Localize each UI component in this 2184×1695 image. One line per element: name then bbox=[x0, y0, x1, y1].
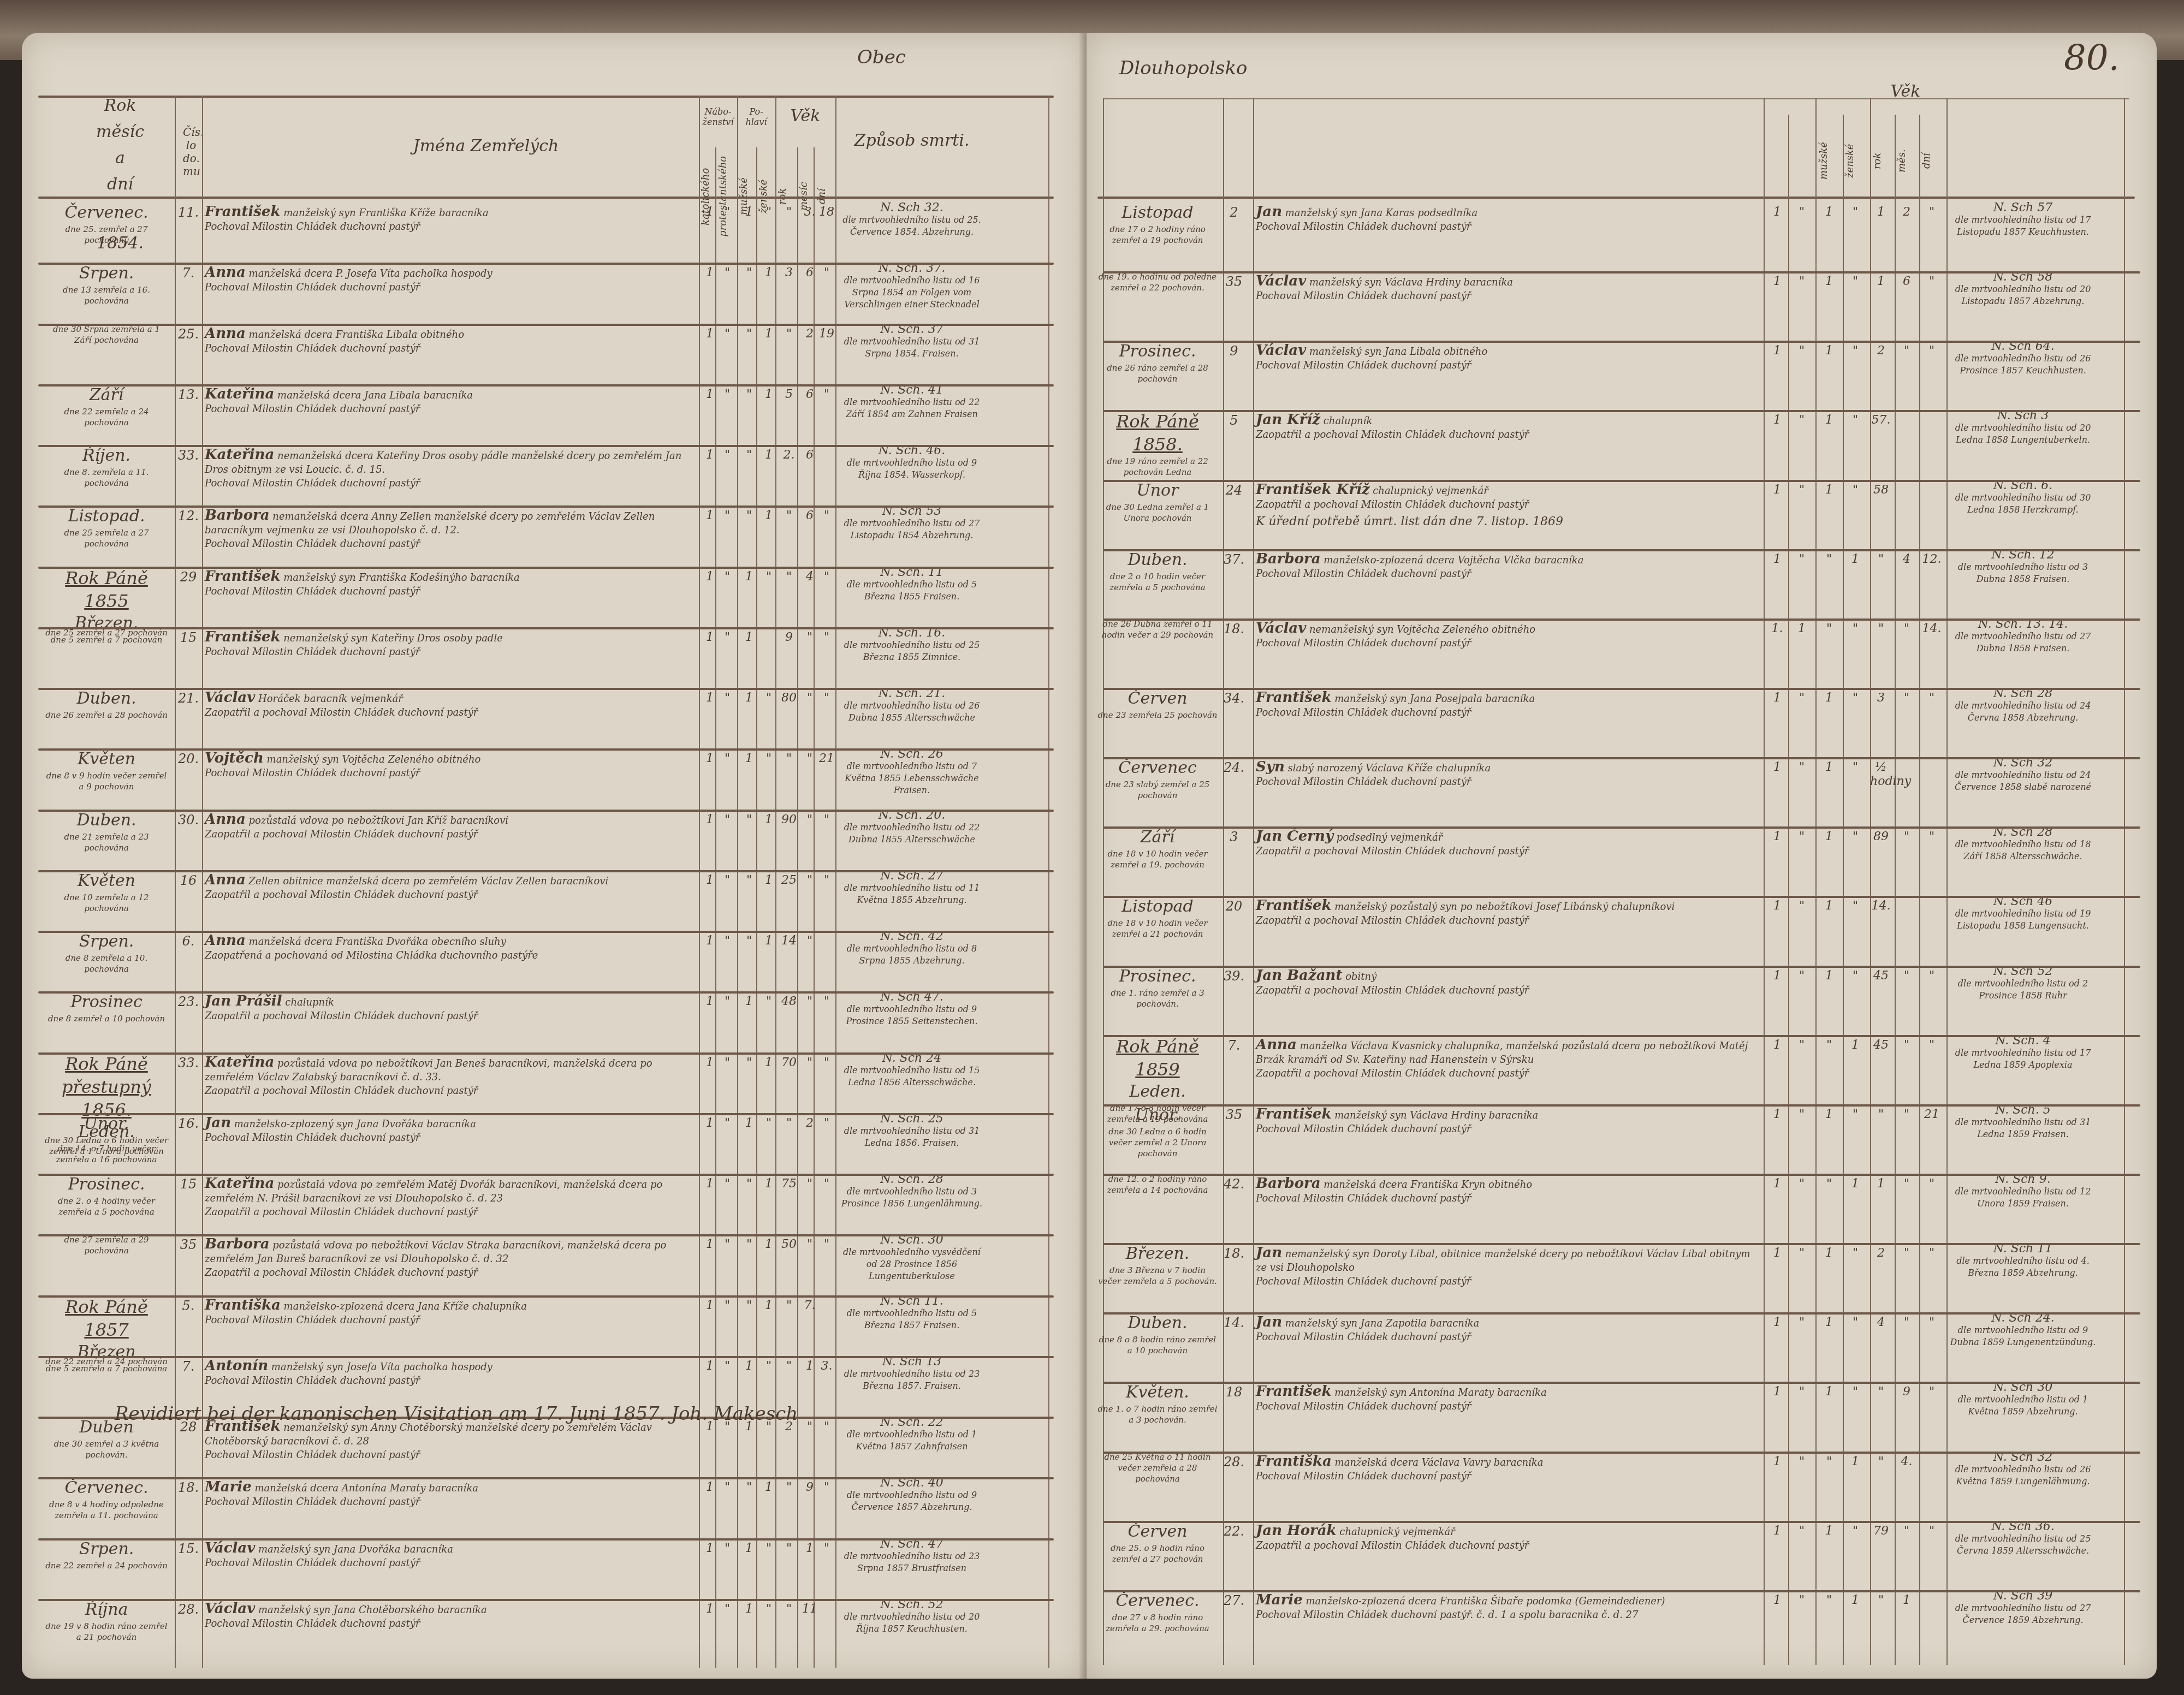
entry-separator bbox=[1103, 896, 2140, 898]
entry-date-cell: Říjnadne 19 v 8 hodin ráno zemřel a 21 p… bbox=[44, 1599, 169, 1643]
entry-house-number: 16 bbox=[175, 873, 202, 888]
entry-name-cell: Anna Zellen obitnice manželská dcera po … bbox=[205, 873, 696, 902]
register-entry: Květen.dne 1. o 7 hodin ráno zemřel a 3 … bbox=[1097, 1382, 2124, 1451]
entry-count-cell: 3 bbox=[1870, 691, 1892, 705]
entry-house-number: 20. bbox=[175, 752, 202, 766]
entry-count-cell: " bbox=[816, 631, 838, 645]
entry-name-lead: Barbora bbox=[1256, 1175, 1321, 1192]
register-entry: Rok Páně 1858.dne 19 ráno zemřel a 22 po… bbox=[1097, 410, 2124, 479]
entry-date-text: dne 1. ráno zemřel a 3 pochován. bbox=[1097, 988, 1218, 1009]
entry-cause-cell: N. Sch 39dle mrtvoohledního listu od 27 … bbox=[1949, 1590, 2097, 1626]
entry-count-cell: 1 bbox=[1766, 899, 1788, 913]
entry-name-text: manželský syn Jana Posejpala baracníka bbox=[1334, 693, 1535, 705]
entry-name-text: manželský syn Václava Hrdiny baracníka bbox=[1309, 277, 1513, 288]
entry-count-cell: " bbox=[816, 570, 838, 584]
entry-name-cell: František nemanželský syn Anny Chotěbors… bbox=[205, 1420, 696, 1462]
entry-name-cell: Václav manželský syn Jana Chotěborského … bbox=[205, 1602, 696, 1631]
entry-house-number: 18. bbox=[175, 1480, 202, 1495]
entry-house-number: 27. bbox=[1220, 1593, 1248, 1608]
entry-count-cell: 4 bbox=[1870, 1316, 1892, 1330]
entry-date-cell: Prosinec.dne 26 ráno zemřel a 28 pochová… bbox=[1097, 341, 1218, 384]
entry-name-text: manželská dcera Václava Vavry baracníka bbox=[1335, 1457, 1544, 1468]
entry-month: Listopad bbox=[1097, 896, 1218, 918]
entry-count-cell: 6 bbox=[799, 448, 821, 462]
entry-cause-text: dle mrtvoohledního listu od 23 Srpna 185… bbox=[844, 1551, 980, 1573]
entry-year-heading: Rok Páně přestupný 1856. bbox=[44, 1052, 169, 1121]
entry-cause-text: dle mrtvoohledního listu od 2 Prosince 1… bbox=[1958, 978, 2088, 1001]
entry-count-cell: 1 bbox=[1818, 1246, 1840, 1260]
entry-burial-text: Pochoval Milostin Chládek duchovní pastý… bbox=[205, 1495, 696, 1509]
entry-cause-cell: N. Sch. 30dle mrtvoohledního vysvědčení … bbox=[838, 1234, 986, 1282]
entry-date-text: dne 19. o hodinu od poledne zemřel a 22 … bbox=[1097, 271, 1218, 293]
entry-date-text: dne 8. zemřela a 11. pochována bbox=[44, 467, 169, 489]
entry-extra-note: K úřední potřebě úmrt. list dán dne 7. l… bbox=[1256, 515, 1764, 528]
entry-count-cell: 12. bbox=[1921, 552, 1943, 567]
entry-cause-text: dle mrtvoohledního listu od 26 Prosince … bbox=[1955, 353, 2091, 376]
entry-count-cell: " bbox=[1791, 205, 1813, 219]
entry-name-lead: František bbox=[1256, 897, 1332, 914]
entry-count-cell: 1 bbox=[1818, 205, 1840, 219]
entry-cause-cell: N. Sch. 25dle mrtvoohledního listu od 31… bbox=[838, 1113, 986, 1149]
entry-separator bbox=[38, 1356, 1054, 1358]
register-entry: Červendne 25. o 9 hodin ráno zemřel a 27… bbox=[1097, 1521, 2124, 1590]
register-entry: dne 26 Dubna zemřel o 11 hodin večer a 2… bbox=[1097, 618, 2124, 688]
entry-cause-cell: N. Sch 36.dle mrtvoohledního listu od 25… bbox=[1949, 1521, 2097, 1557]
entry-month: Unor. bbox=[44, 1113, 169, 1135]
entry-month: Prosinec. bbox=[1097, 341, 1218, 362]
entry-month: Prosinec bbox=[44, 991, 169, 1013]
entry-date-cell: Listopad.dne 25 zemřela a 27 pochována bbox=[44, 505, 169, 549]
subcolumn-header: dní bbox=[1921, 120, 1936, 202]
entry-date-text: dne 1. o 7 hodin ráno zemřel a 3 pochová… bbox=[1097, 1403, 1218, 1425]
entry-count-cell: 19 bbox=[816, 327, 838, 341]
entry-count-cell: " bbox=[778, 1602, 800, 1616]
entry-count-cell: " bbox=[1791, 275, 1813, 289]
entry-house-number: 16. bbox=[175, 1116, 202, 1131]
register-entry: Prosinec.dne 26 ráno zemřel a 28 pochová… bbox=[1097, 341, 2124, 410]
entry-name-text: chalupník bbox=[1324, 415, 1373, 427]
entry-name-cell: Barbora manželsko-zplozená dcera Vojtěch… bbox=[1256, 552, 1764, 581]
entry-cause-cell: N. Sch 24.dle mrtvoohledního listu od 9 … bbox=[1949, 1312, 2097, 1348]
entry-count-cell: 1 bbox=[758, 266, 780, 280]
entry-count-cell: " bbox=[738, 1299, 760, 1313]
entry-count-cell: " bbox=[816, 1238, 838, 1252]
entry-month: Duben. bbox=[1097, 1312, 1218, 1334]
entry-date-text: dne 8 zemřel a 10 pochován bbox=[44, 1013, 169, 1024]
entry-cause-text: dle mrtvoohledního listu od 17 Listopadu… bbox=[1955, 215, 2091, 237]
entry-count-cell: 14. bbox=[1921, 622, 1943, 636]
entry-month: Září bbox=[44, 384, 169, 406]
entry-count-cell: " bbox=[716, 448, 738, 462]
entry-house-number: 11. bbox=[175, 205, 202, 219]
entry-month: Červenec. bbox=[1097, 1590, 1218, 1612]
entry-name-cell: František manželský pozůstalý syn po neb… bbox=[1256, 899, 1764, 927]
entry-date-text: dne 26 ráno zemřel a 28 pochován bbox=[1097, 362, 1218, 384]
register-entry: Červenecdne 23 slabý zemřel a 25 pochová… bbox=[1097, 757, 2124, 826]
entry-count-cell: 70 bbox=[778, 1056, 800, 1070]
entry-count-cell: 1 bbox=[1818, 1524, 1840, 1538]
entry-count-cell: " bbox=[1896, 1038, 1918, 1052]
entry-date-text: dne 2. o 4 hodiny večer zemřela a 5 poch… bbox=[44, 1196, 169, 1217]
entry-name-text: manželský pozůstalý syn po nebožtíkovi J… bbox=[1334, 901, 1675, 913]
entry-burial-text: Pochoval Milostin Chládek duchovní pastý… bbox=[205, 220, 696, 234]
entry-date-cell: Březen.dne 3 Března v 7 hodin večer zemř… bbox=[1097, 1243, 1218, 1287]
entry-name-cell: Kateřina manželská dcera Jana Libala bar… bbox=[205, 388, 696, 416]
entry-count-cell: 4. bbox=[1896, 1455, 1918, 1469]
entry-date-cell: Říjen.dne 8. zemřela a 11. pochována bbox=[44, 445, 169, 489]
entry-house-number: 30. bbox=[175, 813, 202, 827]
entry-name-text: manželský syn Vojtěcha Zeleného obitného bbox=[267, 754, 481, 765]
entry-separator bbox=[1103, 618, 2140, 621]
entry-count-cell: " bbox=[738, 934, 760, 948]
entry-count-cell: " bbox=[1844, 899, 1866, 913]
entry-date-text: dne 3 Března v 7 hodin večer zemřela a 5… bbox=[1097, 1265, 1218, 1287]
entry-burial-text: Pochoval Milostin Chládek duchovní pastý… bbox=[1256, 1400, 1764, 1413]
entry-count-cell: 1 bbox=[1870, 275, 1892, 289]
entry-name-cell: Kateřina pozůstalá vdova po zemřelém Mat… bbox=[205, 1177, 696, 1219]
entry-count-cell: " bbox=[1921, 1246, 1943, 1260]
entry-count-cell: " bbox=[1818, 552, 1840, 567]
entry-count-cell: 1 bbox=[1896, 1593, 1918, 1608]
entry-count-cell: 1 bbox=[1818, 899, 1840, 913]
entry-cause-cell: N. Sch. 27dle mrtvoohledního listu od 11… bbox=[838, 870, 986, 906]
entry-count-cell: 1 bbox=[758, 388, 780, 402]
entry-count-cell: 1 bbox=[1818, 1108, 1840, 1122]
entry-house-number: 15. bbox=[175, 1542, 202, 1556]
entry-count-cell: 45 bbox=[1870, 969, 1892, 983]
entry-count-cell: " bbox=[1791, 1316, 1813, 1330]
entry-count-cell: " bbox=[1844, 483, 1866, 497]
house-number-column-header: Čís. lo do. mu bbox=[183, 126, 199, 178]
entry-date-text: dne 25 Května o 11 hodin večer zemřela a… bbox=[1097, 1452, 1218, 1484]
entry-count-cell: " bbox=[1921, 1524, 1943, 1538]
entry-separator bbox=[38, 1477, 1054, 1479]
entry-burial-text: Pochoval Milostin Chládek duchovní pastý… bbox=[1256, 1330, 1764, 1344]
entry-count-cell: " bbox=[1844, 969, 1866, 983]
entry-name-text: nemanželská dcera Anny Zellen manželské … bbox=[205, 511, 655, 536]
entry-name-cell: Václav manželský syn Jana Libala obitnéh… bbox=[1256, 344, 1764, 372]
entry-separator bbox=[1103, 410, 2140, 412]
entry-name-text: nemanželský syn Vojtěcha Zeleného obitné… bbox=[1309, 624, 1535, 635]
entry-count-cell: 25 bbox=[778, 873, 800, 888]
entry-separator bbox=[1103, 757, 2140, 759]
entry-count-cell: " bbox=[1791, 1455, 1813, 1469]
entry-separator bbox=[38, 1538, 1054, 1541]
entry-cause-cell: N. Sch. 26dle mrtvoohledního listu od 7 … bbox=[838, 748, 986, 796]
entry-date-cell: dne 12. o 2 hodiny ráno zemřela a 14 poc… bbox=[1097, 1174, 1218, 1196]
entry-burial-text: Pochoval Milostin Chládek duchovní pastý… bbox=[1256, 1608, 1764, 1622]
entry-separator bbox=[1103, 1452, 2140, 1454]
entry-month: Květen. bbox=[1097, 1382, 1218, 1403]
entry-cause-number: N. Sch 32. bbox=[838, 202, 986, 214]
entry-name-text: manželsko-zplozená dcera Františka Šibař… bbox=[1305, 1596, 1665, 1607]
entry-count-cell: " bbox=[1791, 1593, 1813, 1608]
entry-name-lead: Antonín bbox=[205, 1358, 268, 1374]
entry-count-cell: " bbox=[758, 691, 780, 705]
entry-count-cell: " bbox=[1844, 344, 1866, 358]
entry-count-cell: " bbox=[716, 995, 738, 1009]
entry-separator bbox=[38, 870, 1054, 872]
entry-date-text: dne 17 o 2 hodiny ráno zemřel a 19 pocho… bbox=[1097, 224, 1218, 246]
entry-separator bbox=[38, 627, 1054, 629]
entry-house-number: 34. bbox=[1220, 691, 1248, 705]
entry-date-cell: Duben.dne 26 zemřel a 28 pochován bbox=[44, 688, 169, 721]
entry-count-cell: " bbox=[716, 1056, 738, 1070]
register-entry: dne 25 Května o 11 hodin večer zemřela a… bbox=[1097, 1452, 2124, 1521]
entry-date-cell: Červendne 25. o 9 hodin ráno zemřel a 27… bbox=[1097, 1521, 1218, 1565]
entry-count-cell: 50 bbox=[778, 1238, 800, 1252]
entry-cause-cell: N. Sch. 20.dle mrtvoohledního listu od 2… bbox=[838, 810, 986, 846]
entry-name-cell: František nemanželský syn Kateřiny Dros … bbox=[205, 631, 696, 659]
entry-house-number: 35 bbox=[1220, 1108, 1248, 1122]
entry-name-text: manželská dcera Františka Libala obitnéh… bbox=[249, 329, 464, 341]
entry-name-text: manželský syn Františka Kodešinýho barac… bbox=[283, 572, 520, 584]
entry-name-cell: František manželský syn Václava Hrdiny b… bbox=[1256, 1108, 1764, 1136]
entry-cause-cell: N. Sch 13dle mrtvoohledního listu od 23 … bbox=[838, 1356, 986, 1392]
entry-count-cell: 75 bbox=[778, 1177, 800, 1191]
entry-burial-text: Pochoval Milostin Chládek duchovní pastý… bbox=[1256, 1275, 1764, 1288]
entry-name-lead: František bbox=[205, 204, 281, 220]
entry-count-cell: " bbox=[738, 448, 760, 462]
entry-separator bbox=[38, 505, 1054, 508]
entry-count-cell: " bbox=[1870, 622, 1892, 636]
entry-count-cell: 1 bbox=[758, 813, 780, 827]
entry-date-text: dne 23 zemřela 25 pochován bbox=[1097, 710, 1218, 721]
entry-count-cell: 1 bbox=[738, 691, 760, 705]
entry-count-cell: 9 bbox=[1896, 1385, 1918, 1399]
entry-month: Srpen. bbox=[44, 1538, 169, 1560]
entry-burial-text: Pochoval Milostin Chládek duchovní pastý… bbox=[205, 1617, 696, 1631]
entry-count-cell: " bbox=[758, 570, 780, 584]
entry-name-cell: Antonín manželský syn Josefa Víta pachol… bbox=[205, 1359, 696, 1388]
entry-separator bbox=[1103, 1590, 2140, 1592]
entry-name-cell: Jan Kříž chalupníkZaopatřil a pochoval M… bbox=[1256, 413, 1764, 442]
entry-count-cell: 79 bbox=[1870, 1524, 1892, 1538]
entry-count-cell: 1 bbox=[1818, 344, 1840, 358]
entry-house-number: 2 bbox=[1220, 205, 1248, 219]
entry-count-cell: 1 bbox=[1766, 969, 1788, 983]
entry-burial-text: Zaopatřil a pochoval Milostin Chládek du… bbox=[205, 1205, 696, 1219]
register-entry: dne 30 Srpna zemřela a 1 Září pochována2… bbox=[44, 324, 1048, 384]
entry-house-number: 7. bbox=[175, 1359, 202, 1373]
entry-date-cell: Duben.dne 21 zemřela a 23 pochována bbox=[44, 810, 169, 853]
entry-count-cell: " bbox=[716, 1238, 738, 1252]
entry-house-number: 15 bbox=[175, 631, 202, 645]
entry-count-cell: " bbox=[816, 995, 838, 1009]
entry-count-cell: " bbox=[716, 873, 738, 888]
entry-name-cell: František manželský syn Františka Kodeši… bbox=[205, 570, 696, 598]
header-top-rule bbox=[1103, 98, 2129, 99]
entry-count-cell: " bbox=[1844, 205, 1866, 219]
entry-separator bbox=[1103, 271, 2140, 273]
entry-name-text: slabý narozený Václava Kříže chalupníka bbox=[1288, 763, 1491, 774]
entry-cause-text: dle mrtvoohledního listu od 27 Července … bbox=[1955, 1603, 2091, 1625]
entry-cause-cell: N. Sch 58dle mrtvoohledního listu od 20 … bbox=[1949, 271, 2097, 307]
entry-month: Srpen. bbox=[44, 931, 169, 953]
entry-house-number: 28. bbox=[175, 1602, 202, 1616]
entry-count-cell: 2 bbox=[1896, 205, 1918, 219]
register-entry: Rok Páně 1855Březen.dne 5 zemřel a 7 poc… bbox=[44, 567, 1048, 627]
entry-name-text: manželská dcera P. Josefa Víta pacholka … bbox=[249, 268, 492, 279]
entry-date-text: dne 22 zemřela a 24 pochována bbox=[44, 406, 169, 428]
entry-burial-text: Pochoval Milostin Chládek duchovní pastý… bbox=[1256, 567, 1764, 581]
sex-group-header: Po- hlaví bbox=[740, 106, 773, 127]
entry-count-cell: " bbox=[738, 327, 760, 341]
entry-month: Prosinec. bbox=[1097, 966, 1218, 988]
entry-house-number: 24. bbox=[1220, 760, 1248, 775]
register-entry: Unor.dne 30 Ledna o 6 hodin večer zemřel… bbox=[1097, 1104, 2124, 1174]
entry-house-number: 29 bbox=[175, 570, 202, 584]
entry-cause-cell: N. Sch 11.dle mrtvoohledního listu od 5 … bbox=[838, 1295, 986, 1331]
col-date-line4: dní bbox=[71, 171, 169, 198]
entry-name-lead: František bbox=[205, 629, 281, 645]
entry-count-cell: 1 bbox=[1766, 1108, 1788, 1122]
entry-count-cell: " bbox=[738, 266, 760, 280]
entry-count-cell: " bbox=[738, 1177, 760, 1191]
entry-month: Červen bbox=[1097, 1521, 1218, 1543]
entry-name-cell: Jan manželsko-zplozený syn Jana Dvořáka … bbox=[205, 1116, 696, 1145]
entry-count-cell: 9 bbox=[778, 631, 800, 645]
entry-cause-cell: N. Sch. 28dle mrtvoohledního listu od 3 … bbox=[838, 1174, 986, 1210]
entry-name-cell: Anna manželka Václava Kvasnicky chalupní… bbox=[1256, 1038, 1764, 1080]
entry-date-text: dne 12. o 2 hodiny ráno zemřela a 14 poc… bbox=[1097, 1174, 1218, 1196]
entry-name-lead: Kateřina bbox=[205, 386, 274, 402]
entry-date-text: dne 18 v 10 hodin večer zemřel a 21 poch… bbox=[1097, 918, 1218, 939]
entry-count-cell: " bbox=[1896, 691, 1918, 705]
entry-cause-text: dle mrtvoohledního listu od 16 Srpna 185… bbox=[844, 275, 980, 310]
entry-name-lead: Vojtěch bbox=[205, 750, 264, 766]
entry-cause-cell: N. Sch 28dle mrtvoohledního listu od 24 … bbox=[1949, 688, 2097, 724]
entry-count-cell: " bbox=[1844, 1246, 1866, 1260]
entry-separator bbox=[38, 1052, 1054, 1055]
entry-count-cell: " bbox=[1844, 1524, 1866, 1538]
entry-cause-cell: N. Sch 57dle mrtvoohledního listu od 17 … bbox=[1949, 202, 2097, 238]
entry-cause-cell: N. Sch. 46.dle mrtvoohledního listu od 9… bbox=[838, 445, 986, 481]
entry-count-cell: 3 bbox=[778, 266, 800, 280]
register-entry: Červenec.dne 25. zemřel a 27 pochovaný11… bbox=[44, 202, 1048, 263]
entry-count-cell: " bbox=[1921, 275, 1943, 289]
entry-month: Srpen. bbox=[44, 263, 169, 284]
entry-month: Květen bbox=[44, 748, 169, 770]
entry-cause-text: dle mrtvoohledního listu od 12 Unora 185… bbox=[1955, 1186, 2091, 1209]
register-entry: Říjen.dne 8. zemřela a 11. pochována33.K… bbox=[44, 445, 1048, 505]
entry-count-cell: 1 bbox=[738, 1116, 760, 1131]
entry-separator bbox=[38, 1295, 1054, 1298]
entry-house-number: 33. bbox=[175, 448, 202, 462]
visitation-note: Revidiert bei der kanonischen Visitation… bbox=[115, 1403, 879, 1425]
col-divider bbox=[1048, 96, 1049, 1668]
entry-count-cell: " bbox=[1791, 1038, 1813, 1052]
register-entry: Dubendne 30 zemřel a 3 května pochován.2… bbox=[44, 1417, 1048, 1477]
entry-count-cell: " bbox=[1921, 1316, 1943, 1330]
entry-count-cell: 1 bbox=[758, 509, 780, 523]
entry-count-cell: " bbox=[1791, 1524, 1813, 1538]
entry-cause-text: dle mrtvoohledního listu od 30 Ledna 185… bbox=[1955, 492, 2091, 515]
entry-separator bbox=[38, 445, 1054, 447]
entry-date-cell: Květendne 10 zemřela a 12 pochována bbox=[44, 870, 169, 914]
entry-count-cell: " bbox=[1818, 1455, 1840, 1469]
entry-date-cell: Listopaddne 17 o 2 hodiny ráno zemřel a … bbox=[1097, 202, 1218, 246]
entry-separator bbox=[38, 931, 1054, 933]
entry-count-cell: " bbox=[1896, 1316, 1918, 1330]
register-entry: Duben.dne 26 zemřel a 28 pochován21.Václ… bbox=[44, 688, 1048, 748]
entry-count-cell: 1 bbox=[738, 631, 760, 645]
entry-burial-text: Pochoval Milostin Chládek duchovní pastý… bbox=[205, 477, 696, 490]
entry-name-lead: Jan bbox=[1256, 1245, 1282, 1261]
entry-cause-text: dle mrtvoohledního listu od 3 Dubna 1858… bbox=[1958, 562, 2088, 584]
entry-count-cell: 1 bbox=[1766, 1038, 1788, 1052]
entry-count-cell: " bbox=[1844, 1108, 1866, 1122]
entry-name-text: Horáček baracník vejmenkář bbox=[258, 693, 403, 705]
entry-count-cell: " bbox=[1791, 552, 1813, 567]
entry-cause-text: dle mrtvoohledního listu od 24 Června 18… bbox=[1955, 700, 2091, 723]
entry-cause-text: dle mrtvoohledního listu od 25. Července… bbox=[842, 215, 981, 237]
entry-date-text: dne 25 zemřela a 27 pochována bbox=[44, 527, 169, 549]
entry-name-lead: Jan Černý bbox=[1256, 828, 1333, 844]
entry-count-cell: 2 bbox=[1870, 1246, 1892, 1260]
register-entry: Prosinec.dne 1. ráno zemřel a 3 pochován… bbox=[1097, 966, 2124, 1035]
entry-separator bbox=[1103, 688, 2140, 690]
register-entry: Červendne 23 zemřela 25 pochován34.Frant… bbox=[1097, 688, 2124, 757]
entry-cause-cell: N. Sch. 13. 14.dle mrtvoohledního listu … bbox=[1949, 618, 2097, 655]
entry-count-cell: " bbox=[816, 813, 838, 827]
entry-date-text: dne 19 v 8 hodin ráno zemřel a 21 pochov… bbox=[44, 1621, 169, 1643]
entry-date-text: dne 30 Srpna zemřela a 1 Září pochována bbox=[44, 324, 169, 346]
register-entry: Červenec.dne 8 v 4 hodiny odpoledne zemř… bbox=[44, 1477, 1048, 1538]
entry-house-number: 9 bbox=[1220, 344, 1248, 358]
entry-date-text: dne 27 v 8 hodin ráno zemřela a 29. poch… bbox=[1097, 1612, 1218, 1634]
left-page: Obec Rok měsíc a dní 1854. Čís. lo do. m… bbox=[22, 33, 1087, 1679]
register-entry: Prosinec.dne 2. o 4 hodiny večer zemřela… bbox=[44, 1174, 1048, 1234]
entry-cause-text: dle mrtvoohledního listu od 19 Listopadu… bbox=[1955, 908, 2091, 931]
entry-count-cell: " bbox=[1896, 969, 1918, 983]
entry-cause-text: dle mrtvoohledního listu od 9 Dubna 1859… bbox=[1950, 1325, 2096, 1347]
entry-cause-cell: N. Sch. 40dle mrtvoohledního listu od 9 … bbox=[838, 1477, 986, 1513]
entry-count-cell: 1 bbox=[1844, 552, 1866, 567]
entry-count-cell: " bbox=[1791, 483, 1813, 497]
entry-name-text: manželsko-zplozená dcera Vojtěcha Vlčka … bbox=[1324, 555, 1583, 566]
entry-date-text: dne 30 zemřel a 3 května pochován. bbox=[44, 1438, 169, 1460]
entry-date-text: dne 8 v 9 hodin večer zemřel a 9 pochová… bbox=[44, 770, 169, 792]
entry-count-cell: 1 bbox=[1766, 413, 1788, 427]
entry-cause-cell: N. Sch 46dle mrtvoohledního listu od 19 … bbox=[1949, 896, 2097, 932]
entry-count-cell: " bbox=[1896, 1108, 1918, 1122]
entry-count-cell: " bbox=[1844, 622, 1866, 636]
entry-house-number: 18. bbox=[1220, 1246, 1248, 1260]
entry-separator bbox=[38, 384, 1054, 386]
entry-separator bbox=[1103, 1035, 2140, 1037]
entry-name-text: manželská dcera Františka Kryn obitného bbox=[1324, 1179, 1532, 1191]
entry-count-cell: " bbox=[1921, 691, 1943, 705]
entry-count-cell: " bbox=[716, 752, 738, 766]
entry-count-cell: 1 bbox=[758, 934, 780, 948]
entry-count-cell: 6 bbox=[1896, 275, 1918, 289]
entry-count-cell: " bbox=[738, 813, 760, 827]
entry-separator bbox=[1103, 826, 2140, 829]
entry-cause-text: dle mrtvoohledního listu od 27 Listopadu… bbox=[844, 518, 980, 540]
entry-name-text: nemanželský syn Doroty Libal, obitnice m… bbox=[1256, 1248, 1750, 1274]
entry-count-cell: " bbox=[1896, 1246, 1918, 1260]
register-entry: Srpen.dne 13 zemřela a 16. pochována7.An… bbox=[44, 263, 1048, 323]
register-entry: Duben.dne 2 o 10 hodin večer zemřela a 5… bbox=[1097, 549, 2124, 618]
register-entry: Srpen.dne 22 zemřel a 24 pochován15.Václ… bbox=[44, 1538, 1048, 1599]
entry-count-cell: " bbox=[1896, 344, 1918, 358]
entry-name-lead: František bbox=[1256, 689, 1332, 706]
entry-house-number: 5 bbox=[1220, 413, 1248, 427]
entry-count-cell: " bbox=[1818, 1038, 1840, 1052]
entry-count-cell: " bbox=[1921, 830, 1943, 844]
entry-name-text: pozůstalá vdova po nebožtíkovi Václav St… bbox=[205, 1240, 666, 1265]
